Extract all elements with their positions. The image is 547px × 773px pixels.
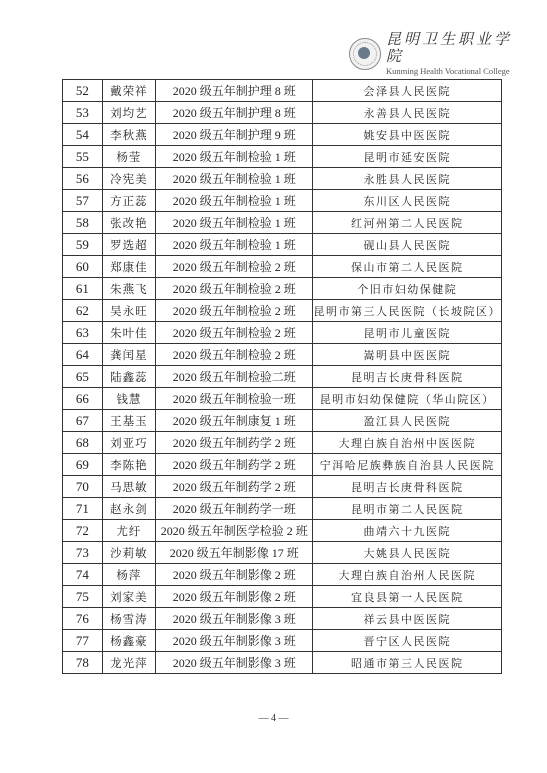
- class-name: 2020 级五年制影像 3 班: [156, 652, 313, 674]
- student-name: 刘家美: [102, 586, 155, 608]
- student-name: 杨莹: [102, 146, 155, 168]
- class-name: 2020 级五年制检验 1 班: [156, 212, 313, 234]
- student-name: 冷宪美: [102, 168, 155, 190]
- row-number: 75: [63, 586, 103, 608]
- student-name: 李陈艳: [102, 454, 155, 476]
- table-row: 63朱叶佳2020 级五年制检验 2 班昆明市儿童医院: [63, 322, 502, 344]
- row-number: 62: [63, 300, 103, 322]
- table-row: 61朱燕飞2020 级五年制检验 2 班个旧市妇幼保健院: [63, 278, 502, 300]
- placement-table: 52戴荣祥2020 级五年制护理 8 班会泽县人民医院53刘均艺2020 级五年…: [62, 79, 502, 674]
- hospital-name: 红河州第二人民医院: [313, 212, 502, 234]
- row-number: 54: [63, 124, 103, 146]
- row-number: 61: [63, 278, 103, 300]
- class-name: 2020 级五年制护理 8 班: [156, 102, 313, 124]
- hospital-name: 昭通市第三人民医院: [313, 652, 502, 674]
- row-number: 78: [63, 652, 103, 674]
- class-name: 2020 级五年制检验 2 班: [156, 322, 313, 344]
- student-name: 朱燕飞: [102, 278, 155, 300]
- row-number: 72: [63, 520, 103, 542]
- hospital-name: 昆明吉长庚骨科医院: [313, 476, 502, 498]
- hospital-name: 会泽县人民医院: [313, 80, 502, 102]
- hospital-name: 保山市第二人民医院: [313, 256, 502, 278]
- row-number: 52: [63, 80, 103, 102]
- row-number: 74: [63, 564, 103, 586]
- hospital-name: 昆明市第二人民医院: [313, 498, 502, 520]
- row-number: 63: [63, 322, 103, 344]
- table-row: 68刘亚巧2020 级五年制药学 2 班大理白族自治州中医医院: [63, 432, 502, 454]
- class-name: 2020 级五年制药学 2 班: [156, 432, 313, 454]
- hospital-name: 祥云县中医医院: [313, 608, 502, 630]
- student-name: 王基玉: [102, 410, 155, 432]
- hospital-name: 晋宁区人民医院: [313, 630, 502, 652]
- hospital-name: 昆明吉长庚骨科医院: [313, 366, 502, 388]
- hospital-name: 永善县人民医院: [313, 102, 502, 124]
- class-name: 2020 级五年制医学检验 2 班: [156, 520, 313, 542]
- table-row: 74杨萍2020 级五年制影像 2 班大理白族自治州人民医院: [63, 564, 502, 586]
- hospital-name: 个旧市妇幼保健院: [313, 278, 502, 300]
- hospital-name: 昆明市妇幼保健院（华山院区）: [313, 388, 502, 410]
- table-row: 58张改艳2020 级五年制检验 1 班红河州第二人民医院: [63, 212, 502, 234]
- hospital-name: 姚安县中医医院: [313, 124, 502, 146]
- table-row: 59罗选超2020 级五年制检验 1 班砚山县人民医院: [63, 234, 502, 256]
- table-row: 78龙光萍2020 级五年制影像 3 班昭通市第三人民医院: [63, 652, 502, 674]
- table-row: 69李陈艳2020 级五年制药学 2 班宁洱哈尼族彝族自治县人民医院: [63, 454, 502, 476]
- class-name: 2020 级五年制检验 1 班: [156, 190, 313, 212]
- table-row: 64龚闰星2020 级五年制检验 2 班嵩明县中医医院: [63, 344, 502, 366]
- class-name: 2020 级五年制护理 8 班: [156, 80, 313, 102]
- row-number: 53: [63, 102, 103, 124]
- class-name: 2020 级五年制影像 2 班: [156, 586, 313, 608]
- table-row: 73沙莉敏2020 级五年制影像 17 班大姚县人民医院: [63, 542, 502, 564]
- hospital-name: 大姚县人民医院: [313, 542, 502, 564]
- table-row: 62吴永旺2020 级五年制检验 2 班昆明市第三人民医院（长坡院区）: [63, 300, 502, 322]
- row-number: 58: [63, 212, 103, 234]
- hospital-name: 东川区人民医院: [313, 190, 502, 212]
- row-number: 57: [63, 190, 103, 212]
- class-name: 2020 级五年制检验 2 班: [156, 278, 313, 300]
- table-row: 76杨雪涛2020 级五年制影像 3 班祥云县中医医院: [63, 608, 502, 630]
- hospital-name: 砚山县人民医院: [313, 234, 502, 256]
- table-row: 56冷宪美2020 级五年制检验 1 班永胜县人民医院: [63, 168, 502, 190]
- class-name: 2020 级五年制影像 3 班: [156, 630, 313, 652]
- logo-chinese-name: 昆明卫生职业学院: [386, 31, 524, 65]
- student-name: 杨萍: [102, 564, 155, 586]
- student-name: 郑康佳: [102, 256, 155, 278]
- row-number: 71: [63, 498, 103, 520]
- student-name: 尤纡: [102, 520, 155, 542]
- student-name: 张改艳: [102, 212, 155, 234]
- row-number: 56: [63, 168, 103, 190]
- row-number: 55: [63, 146, 103, 168]
- hospital-name: 昆明市延安医院: [313, 146, 502, 168]
- hospital-name: 盈江县人民医院: [313, 410, 502, 432]
- class-name: 2020 级五年制检验 1 班: [156, 168, 313, 190]
- class-name: 2020 级五年制检验 2 班: [156, 256, 313, 278]
- table-row: 65陆鑫蕊2020 级五年制检验二班昆明吉长庚骨科医院: [63, 366, 502, 388]
- class-name: 2020 级五年制康复 1 班: [156, 410, 313, 432]
- student-name: 钱慧: [102, 388, 155, 410]
- table-row: 55杨莹2020 级五年制检验 1 班昆明市延安医院: [63, 146, 502, 168]
- table-row: 77杨鑫豪2020 级五年制影像 3 班晋宁区人民医院: [63, 630, 502, 652]
- hospital-name: 宁洱哈尼族彝族自治县人民医院: [313, 454, 502, 476]
- student-name: 陆鑫蕊: [102, 366, 155, 388]
- row-number: 73: [63, 542, 103, 564]
- student-name: 赵永剑: [102, 498, 155, 520]
- hospital-name: 大理白族自治州中医医院: [313, 432, 502, 454]
- student-name: 龚闰星: [102, 344, 155, 366]
- class-name: 2020 级五年制检验 2 班: [156, 344, 313, 366]
- hospital-name: 昆明市儿童医院: [313, 322, 502, 344]
- class-name: 2020 级五年制护理 9 班: [156, 124, 313, 146]
- student-name: 罗选超: [102, 234, 155, 256]
- class-name: 2020 级五年制影像 17 班: [156, 542, 313, 564]
- table-row: 60郑康佳2020 级五年制检验 2 班保山市第二人民医院: [63, 256, 502, 278]
- student-name: 吴永旺: [102, 300, 155, 322]
- class-name: 2020 级五年制检验 1 班: [156, 146, 313, 168]
- student-name: 杨雪涛: [102, 608, 155, 630]
- row-number: 69: [63, 454, 103, 476]
- table-row: 52戴荣祥2020 级五年制护理 8 班会泽县人民医院: [63, 80, 502, 102]
- hospital-name: 曲靖六十九医院: [313, 520, 502, 542]
- student-name: 刘亚巧: [102, 432, 155, 454]
- class-name: 2020 级五年制检验二班: [156, 366, 313, 388]
- table-row: 75刘家美2020 级五年制影像 2 班宜良县第一人民医院: [63, 586, 502, 608]
- row-number: 70: [63, 476, 103, 498]
- row-number: 66: [63, 388, 103, 410]
- student-name: 刘均艺: [102, 102, 155, 124]
- student-name: 李秋燕: [102, 124, 155, 146]
- hospital-name: 永胜县人民医院: [313, 168, 502, 190]
- row-number: 60: [63, 256, 103, 278]
- student-name: 朱叶佳: [102, 322, 155, 344]
- row-number: 67: [63, 410, 103, 432]
- college-logo: 昆明卫生职业学院 Kunming Health Vocational Colle…: [349, 36, 524, 72]
- table-row: 67王基玉2020 级五年制康复 1 班盈江县人民医院: [63, 410, 502, 432]
- student-name: 马思敏: [102, 476, 155, 498]
- table-row: 54李秋燕2020 级五年制护理 9 班姚安县中医医院: [63, 124, 502, 146]
- class-name: 2020 级五年制影像 3 班: [156, 608, 313, 630]
- table-row: 53刘均艺2020 级五年制护理 8 班永善县人民医院: [63, 102, 502, 124]
- table-row: 70马思敏2020 级五年制药学 2 班昆明吉长庚骨科医院: [63, 476, 502, 498]
- hospital-name: 宜良县第一人民医院: [313, 586, 502, 608]
- student-name: 沙莉敏: [102, 542, 155, 564]
- table-row: 72尤纡2020 级五年制医学检验 2 班曲靖六十九医院: [63, 520, 502, 542]
- hospital-name: 昆明市第三人民医院（长坡院区）: [313, 300, 502, 322]
- class-name: 2020 级五年制影像 2 班: [156, 564, 313, 586]
- hospital-name: 嵩明县中医医院: [313, 344, 502, 366]
- class-name: 2020 级五年制药学 2 班: [156, 476, 313, 498]
- row-number: 68: [63, 432, 103, 454]
- row-number: 64: [63, 344, 103, 366]
- class-name: 2020 级五年制检验 2 班: [156, 300, 313, 322]
- row-number: 59: [63, 234, 103, 256]
- student-name: 方正蕊: [102, 190, 155, 212]
- student-name: 杨鑫豪: [102, 630, 155, 652]
- logo-english-name: Kunming Health Vocational College: [386, 65, 524, 77]
- student-name: 龙光萍: [102, 652, 155, 674]
- hospital-name: 大理白族自治州人民医院: [313, 564, 502, 586]
- class-name: 2020 级五年制检验一班: [156, 388, 313, 410]
- row-number: 76: [63, 608, 103, 630]
- table-row: 66钱慧2020 级五年制检验一班昆明市妇幼保健院（华山院区）: [63, 388, 502, 410]
- page-number: — 4 —: [0, 713, 547, 724]
- table-row: 71赵永剑2020 级五年制药学一班昆明市第二人民医院: [63, 498, 502, 520]
- row-number: 77: [63, 630, 103, 652]
- table-row: 57方正蕊2020 级五年制检验 1 班东川区人民医院: [63, 190, 502, 212]
- student-name: 戴荣祥: [102, 80, 155, 102]
- class-name: 2020 级五年制药学一班: [156, 498, 313, 520]
- row-number: 65: [63, 366, 103, 388]
- college-seal-icon: [349, 38, 381, 70]
- class-name: 2020 级五年制检验 1 班: [156, 234, 313, 256]
- class-name: 2020 级五年制药学 2 班: [156, 454, 313, 476]
